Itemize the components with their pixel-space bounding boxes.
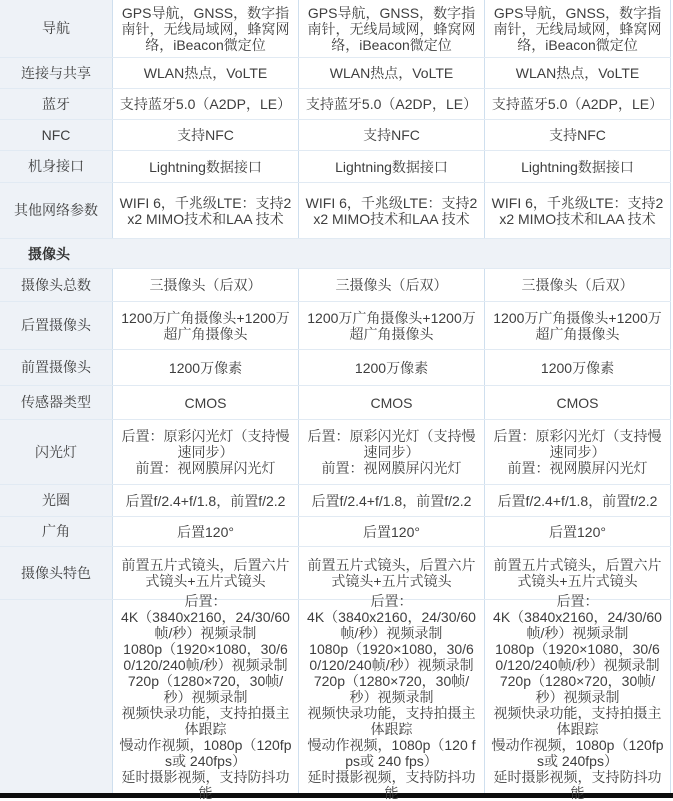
spec-line: 后置：原彩闪光灯（支持慢速同步） [119, 428, 292, 460]
spec-cell: WIFI 6，千兆级LTE：支持2x2 MIMO技术和LAA 技术 [112, 183, 298, 238]
spec-line: 720p（1280×720，30帧/秒）视频录制 [491, 673, 664, 705]
spec-line: 视频快录功能，支持拍摄主体跟踪 [119, 705, 292, 737]
spec-cell: GPS导航，GNSS，数字指南针，无线局域网，蜂窝网络，iBeacon微定位 [484, 0, 671, 57]
spec-cell: GPS导航，GNSS，数字指南针，无线局域网，蜂窝网络，iBeacon微定位 [298, 0, 484, 57]
spec-cell: 支持NFC [112, 120, 298, 150]
table-row: 导航GPS导航，GNSS，数字指南针，无线局域网，蜂窝网络，iBeacon微定位… [0, 0, 671, 57]
spec-line: 视频快录功能，支持拍摄主体跟踪 [305, 705, 478, 737]
spec-line: 720p（1280×720，30帧/秒）视频录制 [305, 673, 478, 705]
row-label: 机身接口 [0, 151, 112, 182]
spec-cell: WLAN热点，VoLTE [112, 58, 298, 88]
spec-line: 前置：视网膜屏闪光灯 [119, 460, 292, 476]
spec-line: 慢动作视频，1080p（120fps或 240fps） [491, 737, 664, 769]
spec-line: 慢动作视频，1080p（120 fps或 240 fps） [305, 737, 478, 769]
spec-cell: WIFI 6，千兆级LTE：支持2x2 MIMO技术和LAA 技术 [484, 183, 671, 238]
table-row: 连接与共享WLAN热点，VoLTEWLAN热点，VoLTEWLAN热点，VoLT… [0, 57, 671, 88]
spec-cell: Lightning数据接口 [484, 151, 671, 182]
row-label: NFC [0, 120, 112, 150]
spec-cell: CMOS [112, 386, 298, 419]
spec-cell: 前置五片式镜头，后置六片式镜头+五片式镜头 [298, 547, 484, 599]
spec-cell: 后置f/2.4+f/1.8，前置f/2.2 [298, 485, 484, 516]
spec-comparison-table: 导航GPS导航，GNSS，数字指南针，无线局域网，蜂窝网络，iBeacon微定位… [0, 0, 671, 793]
spec-cell: Lightning数据接口 [112, 151, 298, 182]
spec-cell: 支持蓝牙5.0（A2DP，LE） [484, 89, 671, 119]
spec-cell: 1200万广角摄像头+1200万超广角摄像头 [112, 302, 298, 349]
spec-cell: 后置：4K（3840x2160，24/30/60帧/秒）视频录制1080p（19… [112, 600, 298, 793]
table-row: 后置摄像头1200万广角摄像头+1200万超广角摄像头1200万广角摄像头+12… [0, 301, 671, 349]
table-row: 前置摄像头1200万像素1200万像素1200万像素 [0, 349, 671, 385]
spec-line: 前置：视网膜屏闪光灯 [305, 460, 478, 476]
spec-cell: 后置：原彩闪光灯（支持慢速同步）前置：视网膜屏闪光灯 [112, 420, 298, 484]
table-row: 蓝牙支持蓝牙5.0（A2DP，LE）支持蓝牙5.0（A2DP，LE）支持蓝牙5.… [0, 88, 671, 119]
row-label: 摄像头特色 [0, 547, 112, 599]
row-label: 连接与共享 [0, 58, 112, 88]
table-row: 闪光灯后置：原彩闪光灯（支持慢速同步）前置：视网膜屏闪光灯后置：原彩闪光灯（支持… [0, 419, 671, 484]
row-label: 蓝牙 [0, 89, 112, 119]
row-label: 前置摄像头 [0, 350, 112, 385]
spec-line: 后置：原彩闪光灯（支持慢速同步） [305, 428, 478, 460]
spec-cell: 三摄像头（后双） [112, 269, 298, 301]
spec-cell: 后置f/2.4+f/1.8，前置f/2.2 [112, 485, 298, 516]
table-row: 后置：4K（3840x2160，24/30/60帧/秒）视频录制1080p（19… [0, 599, 671, 793]
spec-cell: GPS导航，GNSS，数字指南针，无线局域网，蜂窝网络，iBeacon微定位 [112, 0, 298, 57]
spec-cell: 支持蓝牙5.0（A2DP，LE） [298, 89, 484, 119]
spec-cell: WIFI 6，千兆级LTE：支持2x2 MIMO技术和LAA 技术 [298, 183, 484, 238]
table-row: 其他网络参数WIFI 6，千兆级LTE：支持2x2 MIMO技术和LAA 技术W… [0, 182, 671, 238]
row-label: 其他网络参数 [0, 183, 112, 238]
spec-line: 4K（3840x2160，24/30/60帧/秒）视频录制 [305, 609, 478, 641]
spec-line: 后置： [305, 593, 478, 609]
row-label: 导航 [0, 0, 112, 57]
spec-cell: 1200万广角摄像头+1200万超广角摄像头 [484, 302, 671, 349]
spec-line: 前置：视网膜屏闪光灯 [491, 460, 664, 476]
row-label: 摄像头总数 [0, 269, 112, 301]
section-header-row: 摄像头 [0, 238, 671, 268]
spec-line: 延时摄影视频，支持防抖功能 [305, 769, 478, 801]
row-label: 传感器类型 [0, 386, 112, 419]
section-title: 摄像头 [28, 244, 70, 264]
spec-cell: 后置：原彩闪光灯（支持慢速同步）前置：视网膜屏闪光灯 [484, 420, 671, 484]
spec-cell: 后置：4K（3840x2160，24/30/60帧/秒）视频录制1080p（19… [298, 600, 484, 793]
table-row: 摄像头特色前置五片式镜头，后置六片式镜头+五片式镜头前置五片式镜头，后置六片式镜… [0, 546, 671, 599]
row-label [0, 600, 112, 793]
spec-cell: 后置：原彩闪光灯（支持慢速同步）前置：视网膜屏闪光灯 [298, 420, 484, 484]
spec-line: 视频快录功能，支持拍摄主体跟踪 [491, 705, 664, 737]
table-row: 光圈后置f/2.4+f/1.8，前置f/2.2后置f/2.4+f/1.8，前置f… [0, 484, 671, 516]
spec-line: 4K（3840x2160，24/30/60帧/秒）视频录制 [491, 609, 664, 641]
spec-cell: 支持NFC [484, 120, 671, 150]
table-row: NFC支持NFC支持NFC支持NFC [0, 119, 671, 150]
table-row: 机身接口Lightning数据接口Lightning数据接口Lightning数… [0, 150, 671, 182]
row-label: 广角 [0, 517, 112, 546]
spec-line: 1080p（1920×1080，30/60/120/240帧/秒）视频录制 [305, 641, 478, 673]
spec-cell: 前置五片式镜头，后置六片式镜头+五片式镜头 [112, 547, 298, 599]
spec-line: 后置： [491, 593, 664, 609]
spec-cell: 1200万像素 [484, 350, 671, 385]
spec-line: 延时摄影视频，支持防抖功能 [119, 769, 292, 801]
spec-line: 1080p（1920×1080，30/60/120/240帧/秒）视频录制 [119, 641, 292, 673]
spec-cell: 后置f/2.4+f/1.8，前置f/2.2 [484, 485, 671, 516]
table-row: 摄像头总数三摄像头（后双）三摄像头（后双）三摄像头（后双） [0, 268, 671, 301]
row-label: 后置摄像头 [0, 302, 112, 349]
spec-line: 慢动作视频，1080p（120fps或 240fps） [119, 737, 292, 769]
spec-line: 延时摄影视频，支持防抖功能 [491, 769, 664, 801]
spec-cell: 后置：4K（3840x2160，24/30/60帧/秒）视频录制1080p（19… [484, 600, 671, 793]
spec-cell: 后置120° [112, 517, 298, 546]
spec-cell: CMOS [298, 386, 484, 419]
spec-cell: 后置120° [298, 517, 484, 546]
spec-line: 后置： [119, 593, 292, 609]
spec-cell: Lightning数据接口 [298, 151, 484, 182]
spec-line: 4K（3840x2160，24/30/60帧/秒）视频录制 [119, 609, 292, 641]
spec-cell: 1200万像素 [112, 350, 298, 385]
table-row: 广角后置120°后置120°后置120° [0, 516, 671, 546]
spec-line: 后置：原彩闪光灯（支持慢速同步） [491, 428, 664, 460]
spec-line: 1080p（1920×1080，30/60/120/240帧/秒）视频录制 [491, 641, 664, 673]
spec-cell: WLAN热点，VoLTE [484, 58, 671, 88]
spec-cell: 后置120° [484, 517, 671, 546]
spec-cell: 三摄像头（后双） [298, 269, 484, 301]
spec-line: 720p（1280×720，30帧/秒）视频录制 [119, 673, 292, 705]
spec-cell: 前置五片式镜头，后置六片式镜头+五片式镜头 [484, 547, 671, 599]
table-row: 传感器类型CMOSCMOSCMOS [0, 385, 671, 419]
row-label: 光圈 [0, 485, 112, 516]
spec-cell: 三摄像头（后双） [484, 269, 671, 301]
spec-cell: 支持NFC [298, 120, 484, 150]
spec-cell: WLAN热点，VoLTE [298, 58, 484, 88]
spec-cell: 1200万像素 [298, 350, 484, 385]
spec-cell: 1200万广角摄像头+1200万超广角摄像头 [298, 302, 484, 349]
spec-cell: 支持蓝牙5.0（A2DP，LE） [112, 89, 298, 119]
spec-cell: CMOS [484, 386, 671, 419]
row-label: 闪光灯 [0, 420, 112, 484]
